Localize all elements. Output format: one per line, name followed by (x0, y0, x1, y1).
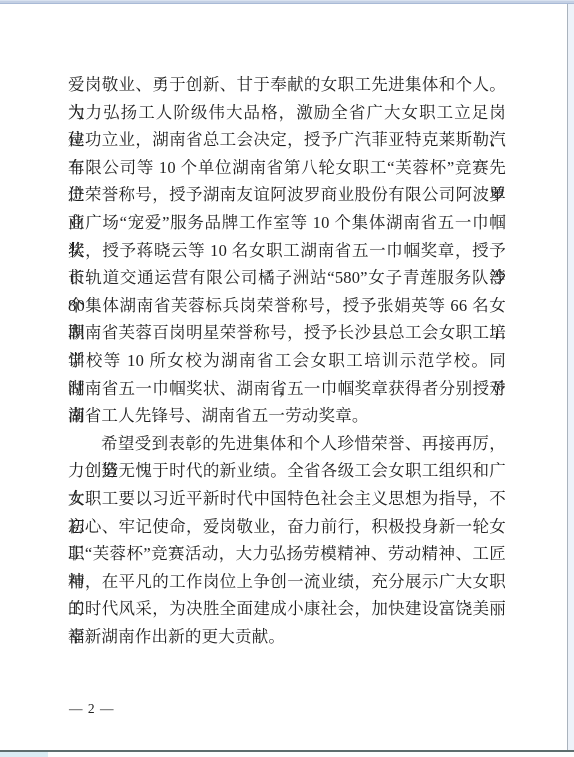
text-line: 湖南省芙蓉百岗明星荣誉称号，授予长沙县总工会女职工培训 (68, 319, 506, 347)
text-line: 学校等 10 所女校为湖南省工会女职工培训示范学校。同时，对 (68, 347, 506, 375)
text-line: 湖南省五一巾帼奖状、湖南省五一巾帼奖章获得者分别授予湖 (68, 375, 506, 403)
page-right-edge-gutter (567, 4, 574, 750)
text-line: 个集体湖南省芙蓉标兵岗荣誉称号，授予张娟英等 66 名女职工 (68, 292, 506, 320)
text-line: 女职工要以习近平新时代中国特色社会主义思想为指导，不忘 (68, 485, 506, 513)
page-number: — 2 — (69, 701, 115, 717)
text-line: 爱岗敬业、勇于创新、甘于奉献的女职工先进集体和个人。为 (68, 71, 506, 99)
text-line: 工“芙蓉杯”竞赛活动，大力弘扬劳模精神、劳动精神、工匠精 (68, 540, 506, 568)
text-line: 初心、牢记使命，爱岗敬业，奋力前行，积极投身新一轮女职 (68, 513, 506, 541)
text-line: 的时代风采，为决胜全面建成小康社会，加快建设富饶美丽幸 (68, 595, 506, 623)
text-line: 福新湖南作出新的更大贡献。 (68, 623, 506, 651)
text-line: 力创造无愧于时代的新业绩。全省各级工会女职工组织和广大 (68, 457, 506, 485)
document-body: 爱岗敬业、勇于创新、甘于奉献的女职工先进集体和个人。为大力弘扬工人阶级伟大品格，… (68, 71, 506, 650)
text-line: 市轨道交通运营有限公司橘子洲站“580”女子青莲服务队等 80 (68, 264, 506, 292)
scanned-document-page: 爱岗敬业、勇于创新、甘于奉献的女职工先进集体和个人。为大力弘扬工人阶级伟大品格，… (0, 0, 574, 757)
text-line: 希望受到表彰的先进集体和个人珍惜荣誉、再接再厉，努 (68, 430, 506, 458)
window-top-edge (0, 0, 574, 4)
text-line: 有限公司等 10 个单位湖南省第八轮女职工“芙蓉杯”竞赛先进单 (68, 154, 506, 182)
text-line: 位荣誉称号，授予湖南友谊阿波罗商业股份有限公司阿波罗商 (68, 181, 506, 209)
text-line: 南省工人先锋号、湖南省五一劳动奖章。 (68, 402, 506, 430)
text-line: 建功立业，湖南省总工会决定，授予广汽菲亚特克莱斯勒汽车 (68, 126, 506, 154)
text-line: 神，在平凡的工作岗位上争创一流业绩，充分展示广大女职工 (68, 568, 506, 596)
page-bottom-left-tint (0, 752, 48, 757)
page-bottom-margin (0, 752, 574, 757)
text-line: 大力弘扬工人阶级伟大品格，激励全省广大女职工立足岗位、 (68, 99, 506, 127)
text-line: 业广场“宠爱”服务品牌工作室等 10 个集体湖南省五一巾帼奖 (68, 209, 506, 237)
text-line: 状，授予蒋晓云等 10 名女职工湖南省五一巾帼奖章，授予长沙 (68, 237, 506, 265)
